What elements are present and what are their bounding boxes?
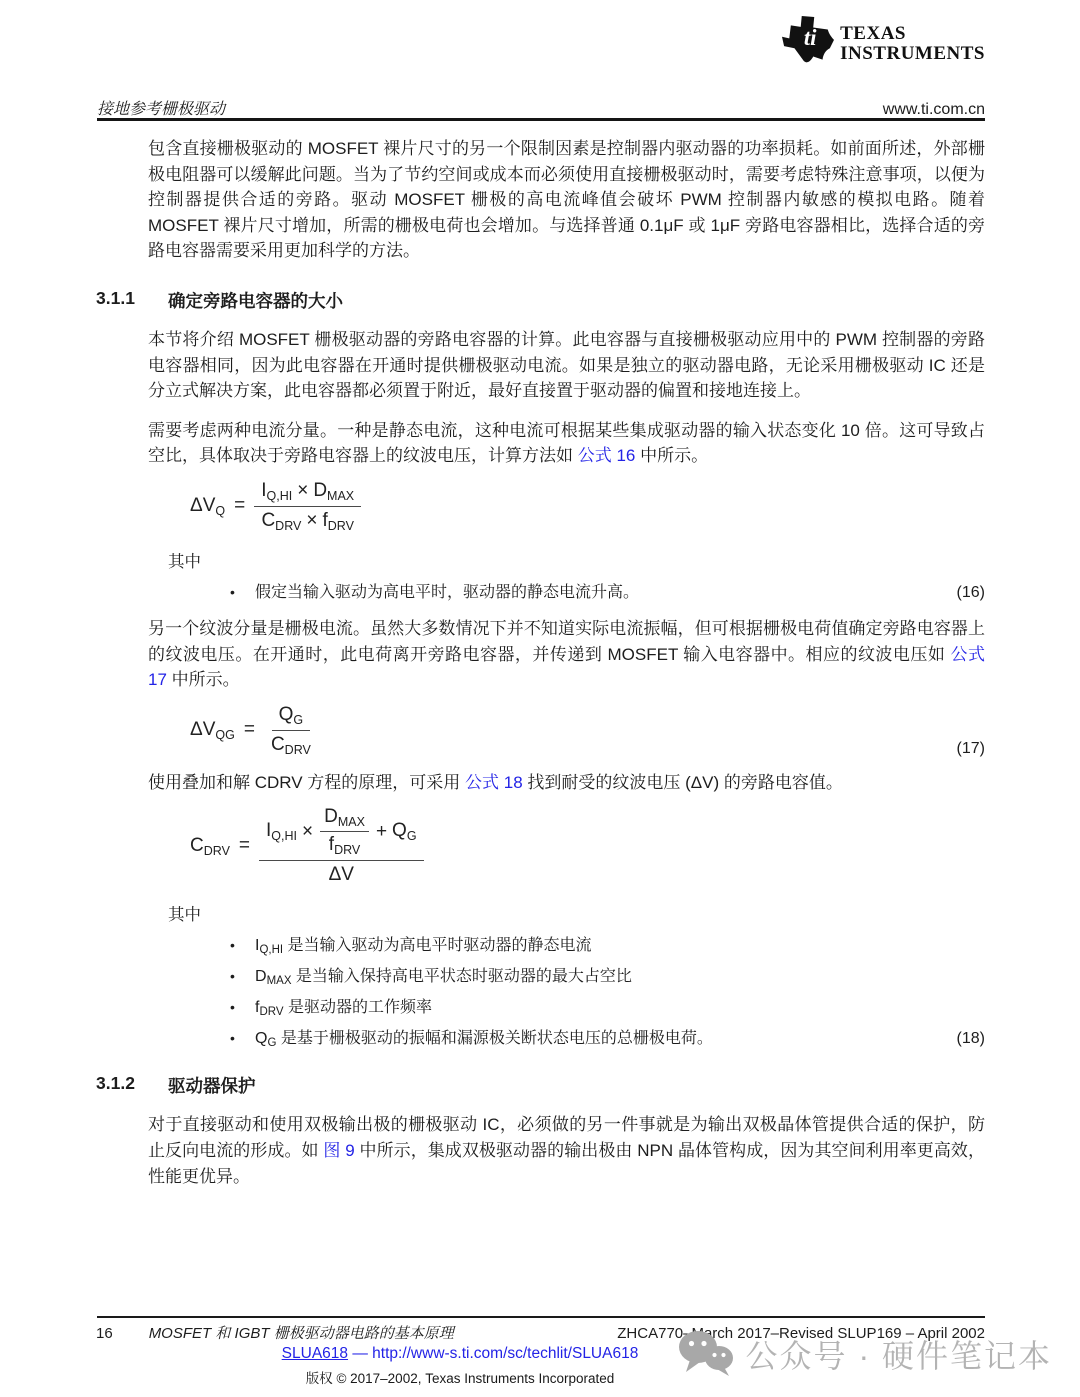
bullet-text: QG 是基于栅极驱动的振幅和漏源极关断状态电压的总栅极电荷。 [255, 1025, 713, 1049]
paragraph-text: 使用叠加和解 CDRV 方程的原理，可采用 [148, 773, 465, 792]
section-heading-3-1-1: 3.1.1 确定旁路电容器的大小 [96, 288, 985, 313]
bullet-dmax: DMAX 是当输入保持高电平状态时驱动器的最大占空比 [148, 963, 985, 987]
bullet-iqhi: IQ,HI 是当输入驱动为高电平时驱动器的静态电流 [148, 932, 985, 956]
footer-doc-title: MOSFET 和 IGBT 栅极驱动器电路的基本原理 [149, 1322, 454, 1343]
wechat-icon [678, 1330, 734, 1378]
ti-logo: ti TEXAS INSTRUMENTS [782, 16, 985, 68]
superposition-paragraph: 使用叠加和解 CDRV 方程的原理，可采用 公式 18 找到耐受的纹波电压 (Δ… [148, 770, 985, 796]
watermark-text: 公众号 · 硬件笔记本 [746, 1331, 1052, 1377]
section-title: 驱动器保护 [168, 1073, 256, 1098]
bypass-paragraph: 本节将介绍 MOSFET 栅极驱动器的旁路电容器的计算。此电容器与直接栅极驱动应… [148, 327, 985, 404]
footer-rule [97, 1316, 985, 1318]
svg-text:ti: ti [804, 25, 817, 50]
paragraph-text: 需要考虑两种电流分量。一种是静态电流，这种电流可根据某些集成驱动器的输入状态变化… [148, 421, 985, 466]
eq18-lhs: CDRV [190, 835, 230, 858]
where-label-1: 其中 [168, 548, 985, 572]
section-heading-3-1-2: 3.1.2 驱动器保护 [96, 1073, 985, 1098]
bullet-icon [230, 1030, 255, 1048]
logo-line1: TEXAS [840, 24, 985, 44]
document-page: ti TEXAS INSTRUMENTS 接地参考栅极驱动 www.ti.com… [0, 0, 1080, 1397]
bullet-text: DMAX 是当输入保持高电平状态时驱动器的最大占空比 [255, 963, 632, 987]
bullet-text: IQ,HI 是当输入驱动为高电平时驱动器的静态电流 [255, 932, 592, 956]
bullet-icon [230, 968, 255, 986]
section-number: 3.1.1 [96, 288, 168, 313]
bullet-qg: QG 是基于栅极驱动的振幅和漏源极关断状态电压的总栅极电荷。 (18) [148, 1025, 985, 1049]
bullet-16: 假定当输入驱动为高电平时，驱动器的静态电流升高。 (16) [148, 579, 985, 602]
where-label-2: 其中 [168, 901, 985, 925]
logo-line2: INSTRUMENTS [840, 44, 985, 64]
document-body: 包含直接栅极驱动的 MOSFET 裸片尺寸的另一个限制因素是控制器内驱动器的功率… [0, 136, 1080, 1189]
equation16-link[interactable]: 公式 16 [578, 446, 636, 465]
figure9-link[interactable]: 图 9 [323, 1141, 354, 1160]
eq18-inner-fraction: DMAX fDRV [320, 806, 369, 857]
equation-18-number: (18) [957, 1030, 985, 1048]
bullet-icon [230, 584, 255, 602]
section-title: 确定旁路电容器的大小 [168, 288, 343, 313]
paragraph-text: 中所示。 [167, 670, 240, 689]
equals-sign: = [234, 495, 245, 517]
bullet-icon [230, 999, 255, 1017]
eq17-fraction: QG CDRV [264, 703, 318, 758]
equation-17: ΔVQG = QG CDRV (17) [148, 703, 985, 758]
bullet-text: 假定当输入驱动为高电平时，驱动器的静态电流升高。 [255, 579, 639, 602]
eq16-fraction: IQ,HI × DMAX CDRV × fDRV [254, 479, 361, 534]
techlit-url-link[interactable]: http://www-s.ti.com/sc/techlit/SLUA618 [372, 1345, 638, 1362]
intro-paragraph: 包含直接栅极驱动的 MOSFET 裸片尺寸的另一个限制因素是控制器内驱动器的功率… [148, 136, 985, 264]
equation18-link[interactable]: 公式 18 [465, 773, 523, 792]
bullet-text: fDRV 是驱动器的工作频率 [255, 994, 432, 1018]
equals-sign: = [244, 719, 255, 741]
eq18-fraction: IQ,HI × DMAX fDRV + QG ΔV [259, 805, 424, 887]
dash-separator: — [352, 1345, 368, 1362]
eq17-lhs: ΔVQG [190, 719, 235, 742]
equals-sign: = [239, 835, 250, 857]
section-number: 3.1.2 [96, 1073, 168, 1098]
equation-16-number: (16) [957, 584, 985, 602]
header-section-title: 接地参考栅极驱动 [97, 96, 225, 119]
protection-paragraph: 对于直接驱动和使用双极输出极的栅极驱动 IC，必须做的另一件事就是为输出双极晶体… [148, 1112, 985, 1189]
page-number: 16 [96, 1325, 113, 1342]
equation-16: ΔVQ = IQ,HI × DMAX CDRV × fDRV [148, 479, 985, 534]
wechat-watermark: 公众号 · 硬件笔记本 [678, 1330, 1052, 1378]
paragraph-text: 找到耐受的纹波电压 (ΔV) 的旁路电容值。 [523, 773, 843, 792]
header-rule [97, 118, 985, 121]
bullet-fdrv: fDRV 是驱动器的工作频率 [148, 994, 985, 1018]
ti-texas-map-icon: ti [782, 16, 834, 68]
bullet-icon [230, 937, 255, 955]
eq16-lhs: ΔVQ [190, 495, 225, 518]
slua618-link[interactable]: SLUA618 [282, 1345, 348, 1362]
running-header: 接地参考栅极驱动 www.ti.com.cn [97, 96, 985, 119]
current-paragraph: 需要考虑两种电流分量。一种是静态电流，这种电流可根据某些集成驱动器的输入状态变化… [148, 418, 985, 469]
ti-logo-wordmark: TEXAS INSTRUMENTS [840, 24, 985, 64]
ripple-paragraph: 另一个纹波分量是栅极电流。虽然大多数情况下并不知道实际电流振幅，但可根据栅极电荷… [148, 616, 985, 693]
equation-18: CDRV = IQ,HI × DMAX fDRV + QG ΔV [148, 805, 985, 887]
paragraph-text: 中所示。 [635, 446, 708, 465]
paragraph-text: 另一个纹波分量是栅极电流。虽然大多数情况下并不知道实际电流振幅，但可根据栅极电荷… [148, 619, 985, 664]
header-site-link[interactable]: www.ti.com.cn [883, 101, 985, 119]
equation-17-number: (17) [957, 740, 985, 758]
